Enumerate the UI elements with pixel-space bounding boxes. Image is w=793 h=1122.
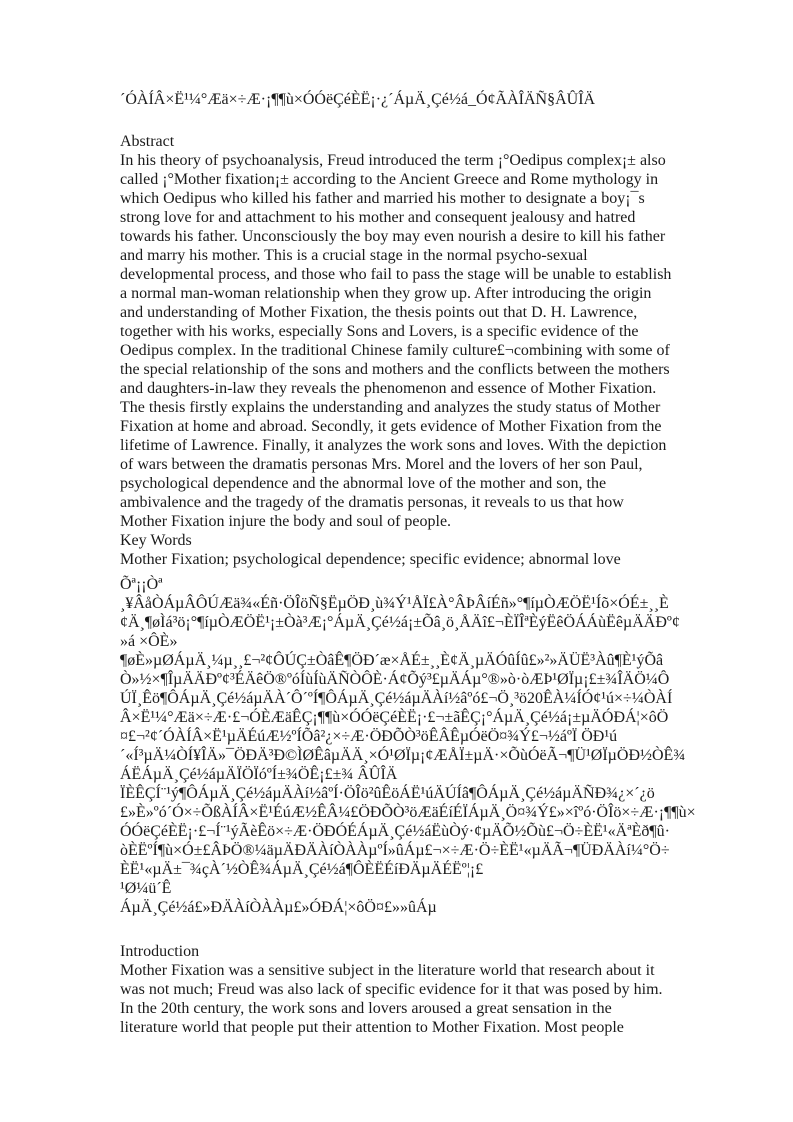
text-line: Â×Ë¹¼°Æä×÷Æ·£¬ÓÈÆäÊÇ¡¶¶ù×ÓÓëÇéÈË¡·£¬±ãÊÇ… (120, 708, 693, 727)
text-line: »á ×ÔÈ» (120, 632, 693, 651)
text-line: the special relationship of the sons and… (120, 360, 693, 379)
text-line: In his theory of psychoanalysis, Freud i… (120, 151, 693, 170)
text-line: Ò»½×¶ÎµÄÄÐº¢³ÉÄêÖ®ºóÍùÍùÄÑÒÔÈ·Á¢Õý³£µÄÁµ… (120, 670, 693, 689)
text-line: Oedipus complex. In the traditional Chin… (120, 341, 693, 360)
text-line: and marry his mother. This is a crucial … (120, 246, 693, 265)
text-line: ÚÏ¸Êö¶ÔÁµÄ¸Çé½áµÄÀ´Ô´ºÍ¶ÔÁµÄ¸Çé½áµÄÀí½âº… (120, 689, 693, 708)
text-line: Fixation at home and abroad. Secondly, i… (120, 417, 693, 436)
key-words-line: Mother Fixation; psychological dependenc… (120, 550, 693, 569)
text-line: called ¡°Mother fixation¡± according to … (120, 170, 693, 189)
introduction-heading: Introduction (120, 942, 693, 961)
text-line: ÁËÁµÄ¸Çé½áµÄÏÖÏóºÍ±¾ÖÊ¡£±¾ ÂÛÎÄ (120, 765, 693, 784)
text-line: ¤£¬²¢´ÓÀÍÂ×Ë¹µÄÉúÆ½ºÍÕâ²¿×÷Æ·ÖÐÕÒ³öÊÂÊµÓ… (120, 727, 693, 746)
text-line: Mother Fixation injure the body and soul… (120, 512, 693, 531)
text-line: developmental process, and those who fai… (120, 265, 693, 284)
text-line: ¶øÈ»µØÁµÄ¸¼µ¸¸£¬²¢ÔÚÇ±ÒâÊ¶ÖÐ´æ×ÅÉ±¸¸È¢Ä¸… (120, 651, 693, 670)
text-line: ÏÈÊÇÍ¨¹ý¶ÔÁµÄ¸Çé½áµÄÀí½âºÍ·ÖÎö²ûÊöÁË¹úÄÚ… (120, 784, 693, 803)
text-line: The thesis firstly explains the understa… (120, 398, 693, 417)
text-line: together with his works, especially Sons… (120, 322, 693, 341)
text-line: a normal man-woman relationship when the… (120, 284, 693, 303)
text-line: was not much; Freud was also lack of spe… (120, 980, 693, 999)
text-line: which Oedipus who killed his father and … (120, 189, 693, 208)
text-line: òÈËºÍ¶ù×Ó±£ÂÞÖ®¼äµÄÐÄÀíÒÀÀµºÍ»ûÁµ£¬×÷Æ·Ö… (120, 841, 693, 860)
chinese-keywords-line: ÁµÄ¸Çé½á£»ÐÄÀíÒÀÀµ£»ÓÐÁ¦×ôÖ¤£»»ûÁµ (120, 898, 693, 917)
text-line: of wars between the dramatis personas Mr… (120, 455, 693, 474)
blank-line (120, 917, 693, 936)
text-line: ´«Í³µÄ¼ÒÍ¥ÎÄ»¯ÖÐÄ³Ð©ÌØÊâµÄÄ¸×Ó¹ØÏµ¡¢ÆÅÏ±… (120, 746, 693, 765)
text-line: In the 20th century, the work sons and l… (120, 999, 693, 1018)
introduction-body: Mother Fixation was a sensitive subject … (120, 961, 693, 1037)
text-line: £»È»ºó´Ó×÷ÕßÀÍÂ×Ë¹ÉúÆ½ÊÂ¼£ÖÐÕÒ³öÆäÉíÉÏÁµ… (120, 803, 693, 822)
text-line: strong love for and attachment to his mo… (120, 208, 693, 227)
text-line: Mother Fixation was a sensitive subject … (120, 961, 693, 980)
text-line: ÈË¹«µÄ±¯¾çÀ´½ÒÊ¾ÁµÄ¸Çé½á¶ÔÈËÉíÐÄµÄÉËº¦¡£ (120, 860, 693, 879)
chinese-abstract-body: ¸¥ÂåÒÁµÂÔÚÆä¾«Éñ·ÖÎöÑ§ËµÖÐ¸ù¾Ý¹ÅÏ£À°ÂÞÂí… (120, 594, 693, 879)
text-line: and understanding of Mother Fixation, th… (120, 303, 693, 322)
abstract-body: In his theory of psychoanalysis, Freud i… (120, 151, 693, 531)
chinese-abstract-heading: Õª¡¡Òª (120, 575, 693, 594)
text-line: and daughters-in-law they reveals the ph… (120, 379, 693, 398)
text-line: ¸¥ÂåÒÁµÂÔÚÆä¾«Éñ·ÖÎöÑ§ËµÖÐ¸ù¾Ý¹ÅÏ£À°ÂÞÂí… (120, 594, 693, 613)
text-line: literature world that people put their a… (120, 1018, 693, 1037)
chinese-keywords-heading: ¹Ø¼ü´Ê (120, 879, 693, 898)
text-line: lifetime of Lawrence. Finally, it analyz… (120, 436, 693, 455)
text-line: ambivalence and the tragedy of the drama… (120, 493, 693, 512)
document-page: ´ÓÀÍÂ×Ë¹¼°Æä×÷Æ·¡¶¶ù×ÓÓëÇéÈË¡·¿´ÁµÄ¸Çé½á… (0, 0, 793, 1122)
text-line: towards his father. Unconsciously the bo… (120, 227, 693, 246)
document-title: ´ÓÀÍÂ×Ë¹¼°Æä×÷Æ·¡¶¶ù×ÓÓëÇéÈË¡·¿´ÁµÄ¸Çé½á… (120, 90, 693, 109)
text-line: ¢Ä¸¶øÌá³ö¡°¶íµÒÆÖË¹¡±Òà³Æ¡°ÁµÄ¸Çé½á¡±Õâ¸… (120, 613, 693, 632)
text-line: psychological dependence and the abnorma… (120, 474, 693, 493)
key-words-heading: Key Words (120, 531, 693, 550)
text-line: ÓÓëÇéÈË¡·£¬Í¨¹ýÃèÊö×÷Æ·ÖÐÓÉÁµÄ¸Çé½áËùÒý·… (120, 822, 693, 841)
blank-line (120, 109, 693, 128)
abstract-heading: Abstract (120, 132, 693, 151)
